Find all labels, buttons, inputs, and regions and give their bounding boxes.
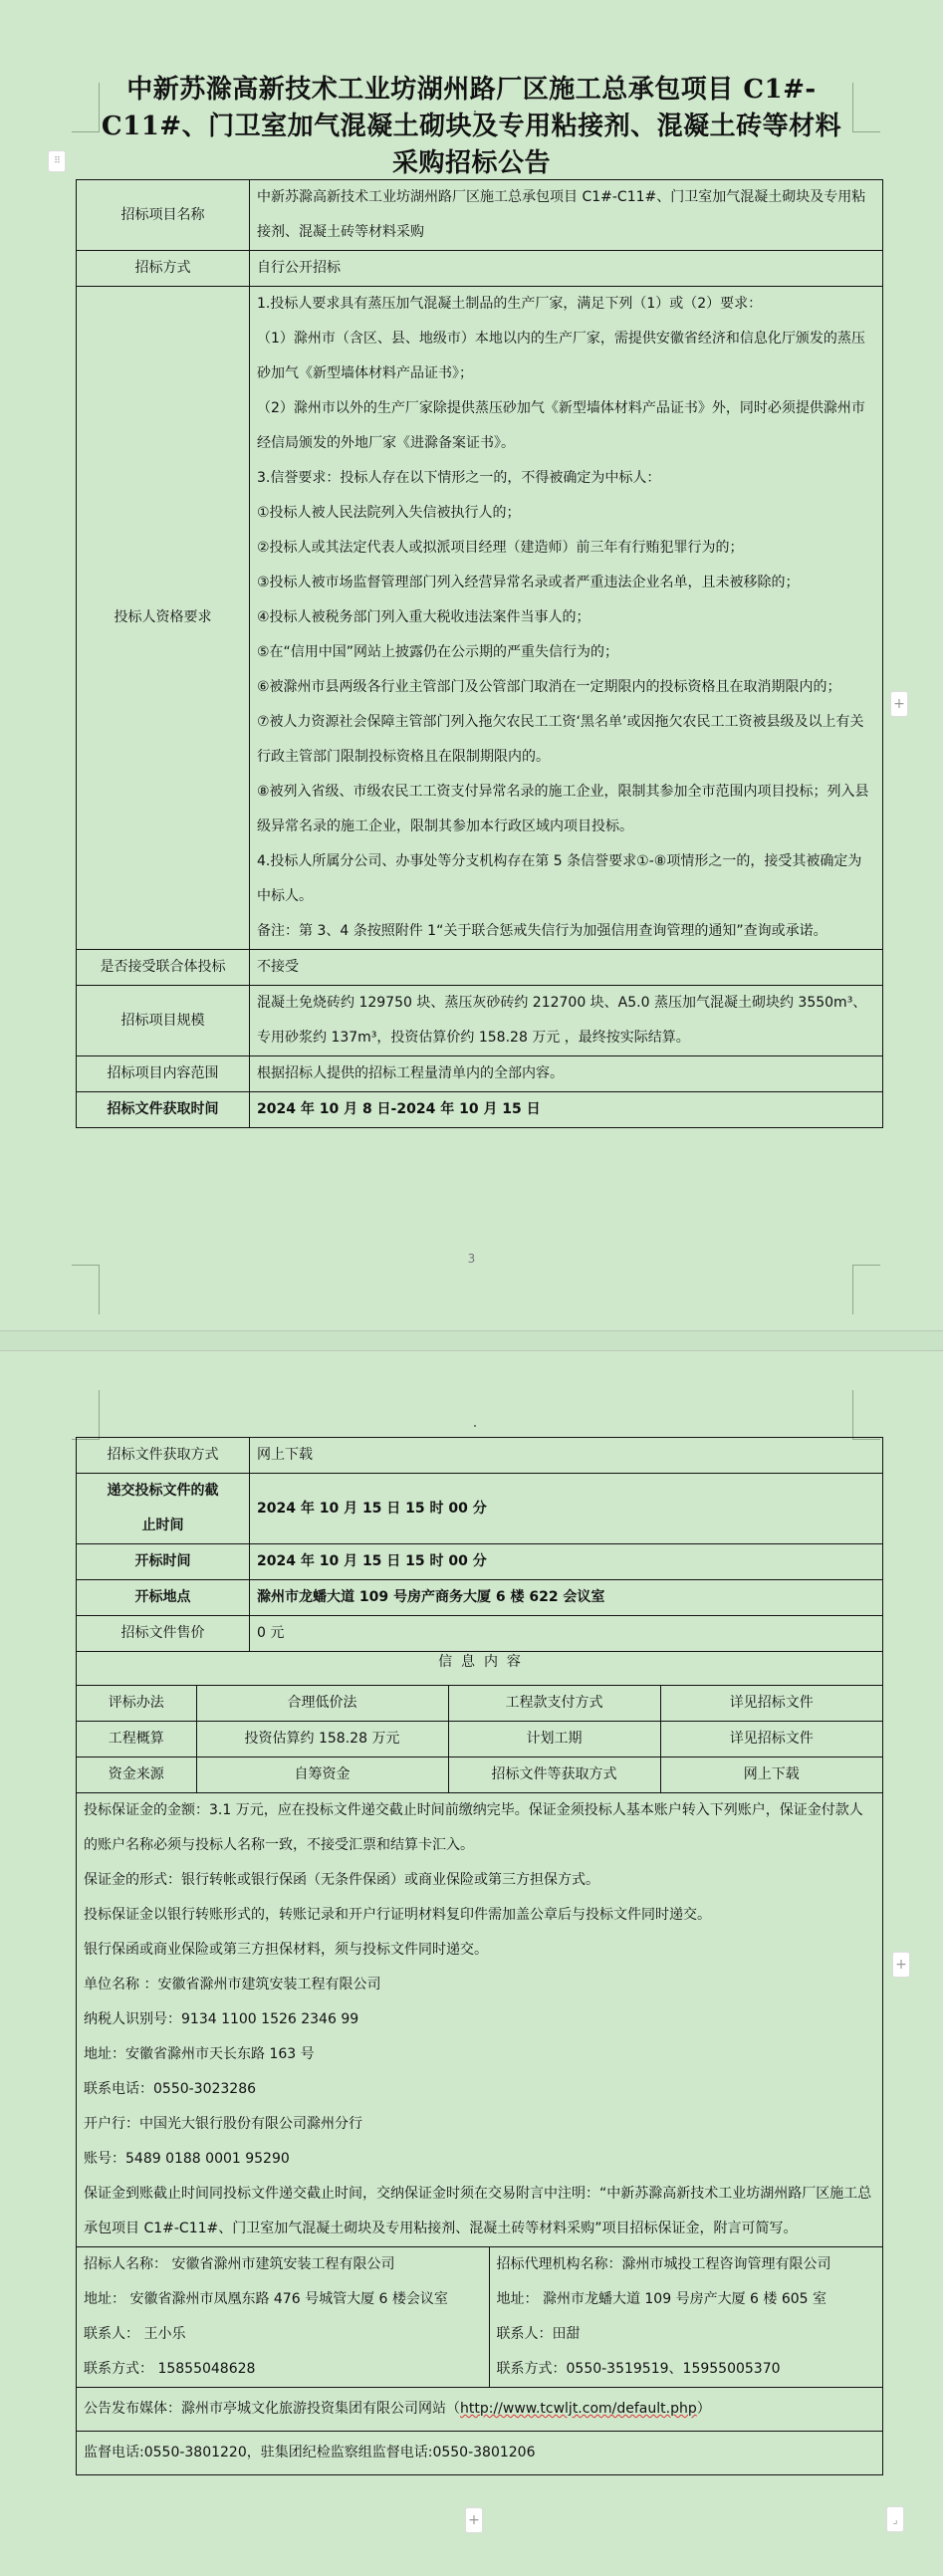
table-row: 资金来源 自筹资金 招标文件等获取方式 网上下载 (77, 1757, 882, 1793)
deposit-paragraph: 保证金的形式：银行转帐或银行保函（无条件保函）或商业保险或第三方担保方式。 (84, 1863, 875, 1898)
deposit-paragraph: 纳税人识别号：9134 1100 1526 2346 99 (84, 2002, 875, 2037)
qualification-paragraph: ②投标人或其法定代表人或拟派项目经理（建造师）前三年有行贿犯罪行为的； (257, 531, 875, 566)
plus-icon: + (893, 696, 905, 712)
row-label: 招标文件获取方式 (77, 1438, 250, 1474)
grid-cell: 工程概算 (77, 1722, 196, 1757)
row-label: 开标地点 (77, 1580, 250, 1616)
qualification-paragraph: ①投标人被人民法院列入失信被执行人的； (257, 496, 875, 531)
qualification-paragraph: 备注：第 3、4 条按照附件 1“关于联合惩戒失信行为加强信用查询管理的通知”查… (257, 914, 875, 949)
deposit-paragraph: 保证金到账截止时间同投标文件递交截止时间，交纳保证金时须在交易附言中注明：“中新… (84, 2177, 875, 2246)
bid-info-table-page2: 招标文件获取方式 网上下载 递交投标文件的截止时间 2024 年 10 月 15… (76, 1437, 883, 2475)
row-value: 滁州市龙蟠大道 109 号房产商务大厦 6 楼 622 会议室 (250, 1580, 883, 1616)
row-label: 招标文件获取时间 (77, 1092, 250, 1128)
crop-mark-top-right (852, 83, 880, 132)
qualification-paragraph: 3.信誉要求：投标人存在以下情形之一的，不得被确定为中标人： (257, 461, 875, 496)
table-row: 评标办法 合理低价法 工程款支付方式 详见招标文件 (77, 1686, 882, 1722)
table-resize-handle[interactable]: ⌟ (886, 2506, 904, 2532)
deposit-paragraph: 投标保证金以银行转账形式的，转账记录和开户行证明材料复印件需加盖公章后与投标文件… (84, 1898, 875, 1933)
qualification-paragraph: ⑧被列入省级、市级农民工工资支付异常名录的施工企业，限制其参加全市范围内项目投标… (257, 775, 875, 844)
row-label: 递交投标文件的截止时间 (77, 1474, 250, 1544)
row-value: 2024 年 10 月 8 日-2024 年 10 月 15 日 (250, 1092, 883, 1128)
crop-mark-top-left (72, 1390, 100, 1440)
grid-cell: 详见招标文件 (660, 1686, 882, 1722)
table-row: 评标办法 合理低价法 工程款支付方式 详见招标文件 工程概算 投资估算约 158… (77, 1686, 883, 1793)
add-column-button[interactable]: + (890, 691, 908, 717)
deposit-paragraph: 联系电话：0550-3023286 (84, 2072, 875, 2107)
table-row: 招标文件售价 0 元 (77, 1616, 883, 1652)
row-label: 是否接受联合体投标 (77, 950, 250, 986)
deposit-paragraph: 开户行：中国光大银行股份有限公司滁州分行 (84, 2107, 875, 2142)
grid-cell: 自筹资金 (196, 1757, 448, 1793)
add-column-button[interactable]: + (892, 1952, 910, 1978)
table-row: 招标人名称： 安徽省滁州市建筑安装工程有限公司 地址： 安徽省滁州市凤凰东路 4… (77, 2247, 883, 2388)
row-label: 投标人资格要求 (77, 287, 250, 950)
media-url-link[interactable]: http://www.tcwljt.com/default.php (460, 2401, 697, 2417)
qualification-paragraph: （1）滁州市（含区、县、地级市）本地以内的生产厂家，需提供安徽省经济和信息化厅颁… (257, 322, 875, 391)
agency-line: 联系方式：0550-3519519、15955005370 (497, 2352, 876, 2387)
deposit-paragraph: 投标保证金的金额：3.1 万元，应在投标文件递交截止时间前缴纳完毕。保证金须投标… (84, 1793, 875, 1863)
info-grid: 评标办法 合理低价法 工程款支付方式 详见招标文件 工程概算 投资估算约 158… (77, 1686, 882, 1792)
plus-icon: + (895, 1957, 907, 1973)
deposit-paragraph: 账号：5489 0188 0001 95290 (84, 2142, 875, 2177)
table-row: 招标方式 自行公开招标 (77, 251, 883, 287)
media-prefix: 公告发布媒体：滁州市亭城文化旅游投资集团有限公司网站（ (84, 2401, 460, 2417)
qualification-content: 1.投标人要求具有蒸压加气混凝土制品的生产厂家，满足下列（1）或（2）要求： （… (250, 287, 883, 950)
qualification-paragraph: ⑦被人力资源社会保障主管部门列入拖欠农民工工资‘黑名单’或因拖欠农民工工资被县级… (257, 705, 875, 775)
table-row: 投标人资格要求 1.投标人要求具有蒸压加气混凝土制品的生产厂家，满足下列（1）或… (77, 287, 883, 950)
grid-cell: 评标办法 (77, 1686, 196, 1722)
deposit-paragraph: 单位名称 ：安徽省滁州市建筑安装工程有限公司 (84, 1968, 875, 2002)
table-row: 递交投标文件的截止时间 2024 年 10 月 15 日 15 时 00 分 (77, 1474, 883, 1544)
media-suffix: ） (697, 2401, 711, 2417)
bid-info-table-page1: 招标项目名称 中新苏滁高新技术工业坊湖州路厂区施工总承包项目 C1#-C11#、… (76, 179, 883, 1128)
row-label: 招标方式 (77, 251, 250, 287)
crop-mark-top-right (852, 1390, 880, 1440)
tenderer-line: 招标人名称： 安徽省滁州市建筑安装工程有限公司 (84, 2247, 482, 2282)
row-value: 自行公开招标 (250, 251, 883, 287)
row-label: 开标时间 (77, 1544, 250, 1580)
table-row: 监督电话:0550-3801220，驻集团纪检监察组监督电话:0550-3801… (77, 2432, 883, 2475)
document-title: 中新苏滁高新技术工业坊湖州路厂区施工总承包项目 C1#-C11#、门卫室加气混凝… (96, 72, 847, 182)
row-value: 混凝土免烧砖约 129750 块、蒸压灰砂砖约 212700 块、A5.0 蒸压… (250, 986, 883, 1056)
table-row: 开标地点 滁州市龙蟠大道 109 号房产商务大厦 6 楼 622 会议室 (77, 1580, 883, 1616)
media-row: 公告发布媒体：滁州市亭城文化旅游投资集团有限公司网站（http://www.tc… (77, 2388, 883, 2432)
tenderer-info: 招标人名称： 安徽省滁州市建筑安装工程有限公司 地址： 安徽省滁州市凤凰东路 4… (77, 2247, 489, 2387)
tenderer-line: 联系人： 王小乐 (84, 2317, 482, 2352)
table-row: 招标人名称： 安徽省滁州市建筑安装工程有限公司 地址： 安徽省滁州市凤凰东路 4… (77, 2247, 882, 2387)
page-number: 3 (0, 1252, 943, 1266)
row-value: 0 元 (250, 1616, 883, 1652)
row-value: 网上下载 (250, 1438, 883, 1474)
row-value: 2024 年 10 月 15 日 15 时 00 分 (250, 1544, 883, 1580)
qualification-paragraph: ③投标人被市场监督管理部门列入经营异常名录或者严重违法企业名单，且未被移除的； (257, 566, 875, 600)
table-row: 投标保证金的金额：3.1 万元，应在投标文件递交截止时间前缴纳完毕。保证金须投标… (77, 1793, 883, 2247)
tenderer-line: 联系方式： 15855048628 (84, 2352, 482, 2387)
info-section-header: 信 息 内 容 (77, 1652, 883, 1686)
crop-mark-bottom-right (852, 1265, 880, 1314)
table-row: 信 息 内 容 (77, 1652, 883, 1686)
table-row: 招标项目内容范围 根据招标人提供的招标工程量清单内的全部内容。 (77, 1056, 883, 1092)
qualification-paragraph: 1.投标人要求具有蒸压加气混凝土制品的生产厂家，满足下列（1）或（2）要求： (257, 287, 875, 322)
table-row: 招标文件获取时间 2024 年 10 月 8 日-2024 年 10 月 15 … (77, 1092, 883, 1128)
plus-icon: + (468, 2512, 480, 2528)
grid-cell: 网上下载 (660, 1757, 882, 1793)
resize-icon: ⌟ (892, 2513, 897, 2526)
row-label: 招标文件售价 (77, 1616, 250, 1652)
contacts-table: 招标人名称： 安徽省滁州市建筑安装工程有限公司 地址： 安徽省滁州市凤凰东路 4… (77, 2247, 882, 2387)
row-label: 招标项目规模 (77, 986, 250, 1056)
info-grid-cell: 评标办法 合理低价法 工程款支付方式 详见招标文件 工程概算 投资估算约 158… (77, 1686, 883, 1793)
table-row: 招标项目名称 中新苏滁高新技术工业坊湖州路厂区施工总承包项目 C1#-C11#、… (77, 180, 883, 251)
qualification-paragraph: ④投标人被税务部门列入重大税收违法案件当事人的； (257, 600, 875, 635)
grid-cell: 投资估算约 158.28 万元 (196, 1722, 448, 1757)
grid-cell: 资金来源 (77, 1757, 196, 1793)
row-value: 不接受 (250, 950, 883, 986)
deposit-paragraph: 地址：安徽省滁州市天长东路 163 号 (84, 2037, 875, 2072)
row-label: 招标项目名称 (77, 180, 250, 251)
agency-line: 联系人：田甜 (497, 2317, 876, 2352)
deposit-paragraph: 银行保函或商业保险或第三方担保材料，须与投标文件同时递交。 (84, 1933, 875, 1968)
row-value: 中新苏滁高新技术工业坊湖州路厂区施工总承包项目 C1#-C11#、门卫室加气混凝… (250, 180, 883, 251)
header-marker (474, 1425, 476, 1427)
agency-line: 地址： 滁州市龙蟠大道 109 号房产大厦 6 楼 605 室 (497, 2282, 876, 2317)
grid-cell: 工程款支付方式 (448, 1686, 660, 1722)
table-row: 工程概算 投资估算约 158.28 万元 计划工期 详见招标文件 (77, 1722, 882, 1757)
page-break (0, 1330, 943, 1351)
supervision-row: 监督电话:0550-3801220，驻集团纪检监察组监督电话:0550-3801… (77, 2432, 883, 2475)
grid-cell: 合理低价法 (196, 1686, 448, 1722)
grid-cell: 详见招标文件 (660, 1722, 882, 1757)
agency-line: 招标代理机构名称：滁州市城投工程咨询管理有限公司 (497, 2247, 876, 2282)
qualification-paragraph: 4.投标人所属分公司、办事处等分支机构存在第 5 条信誉要求①-⑧项情形之一的，… (257, 844, 875, 914)
contacts-cell: 招标人名称： 安徽省滁州市建筑安装工程有限公司 地址： 安徽省滁州市凤凰东路 4… (77, 2247, 883, 2388)
table-row: 是否接受联合体投标 不接受 (77, 950, 883, 986)
qualification-paragraph: （2）滁州市以外的生产厂家除提供蒸压砂加气《新型墙体材料产品证书》外，同时必须提… (257, 391, 875, 461)
table-row: 招标项目规模 混凝土免烧砖约 129750 块、蒸压灰砂砖约 212700 块、… (77, 986, 883, 1056)
deposit-section: 投标保证金的金额：3.1 万元，应在投标文件递交截止时间前缴纳完毕。保证金须投标… (77, 1793, 883, 2247)
row-value: 根据招标人提供的招标工程量清单内的全部内容。 (250, 1056, 883, 1092)
table-row: 公告发布媒体：滁州市亭城文化旅游投资集团有限公司网站（http://www.tc… (77, 2388, 883, 2432)
qualification-paragraph: ⑤在“信用中国”网站上披露仍在公示期的严重失信行为的； (257, 635, 875, 670)
row-value: 2024 年 10 月 15 日 15 时 00 分 (250, 1474, 883, 1544)
tenderer-line: 地址： 安徽省滁州市凤凰东路 476 号城管大厦 6 楼会议室 (84, 2282, 482, 2317)
table-row: 开标时间 2024 年 10 月 15 日 15 时 00 分 (77, 1544, 883, 1580)
grid-cell: 招标文件等获取方式 (448, 1757, 660, 1793)
table-row: 招标文件获取方式 网上下载 (77, 1438, 883, 1474)
crop-mark-bottom-left (72, 1265, 100, 1314)
add-row-button[interactable]: + (465, 2507, 483, 2533)
agency-info: 招标代理机构名称：滁州市城投工程咨询管理有限公司 地址： 滁州市龙蟠大道 109… (489, 2247, 882, 2387)
row-label: 招标项目内容范围 (77, 1056, 250, 1092)
grid-cell: 计划工期 (448, 1722, 660, 1757)
qualification-paragraph: ⑥被滁州市县两级各行业主管部门及公管部门取消在一定期限内的投标资格且在取消期限内… (257, 670, 875, 705)
table-drag-handle-icon[interactable]: ⠿ (48, 150, 66, 172)
